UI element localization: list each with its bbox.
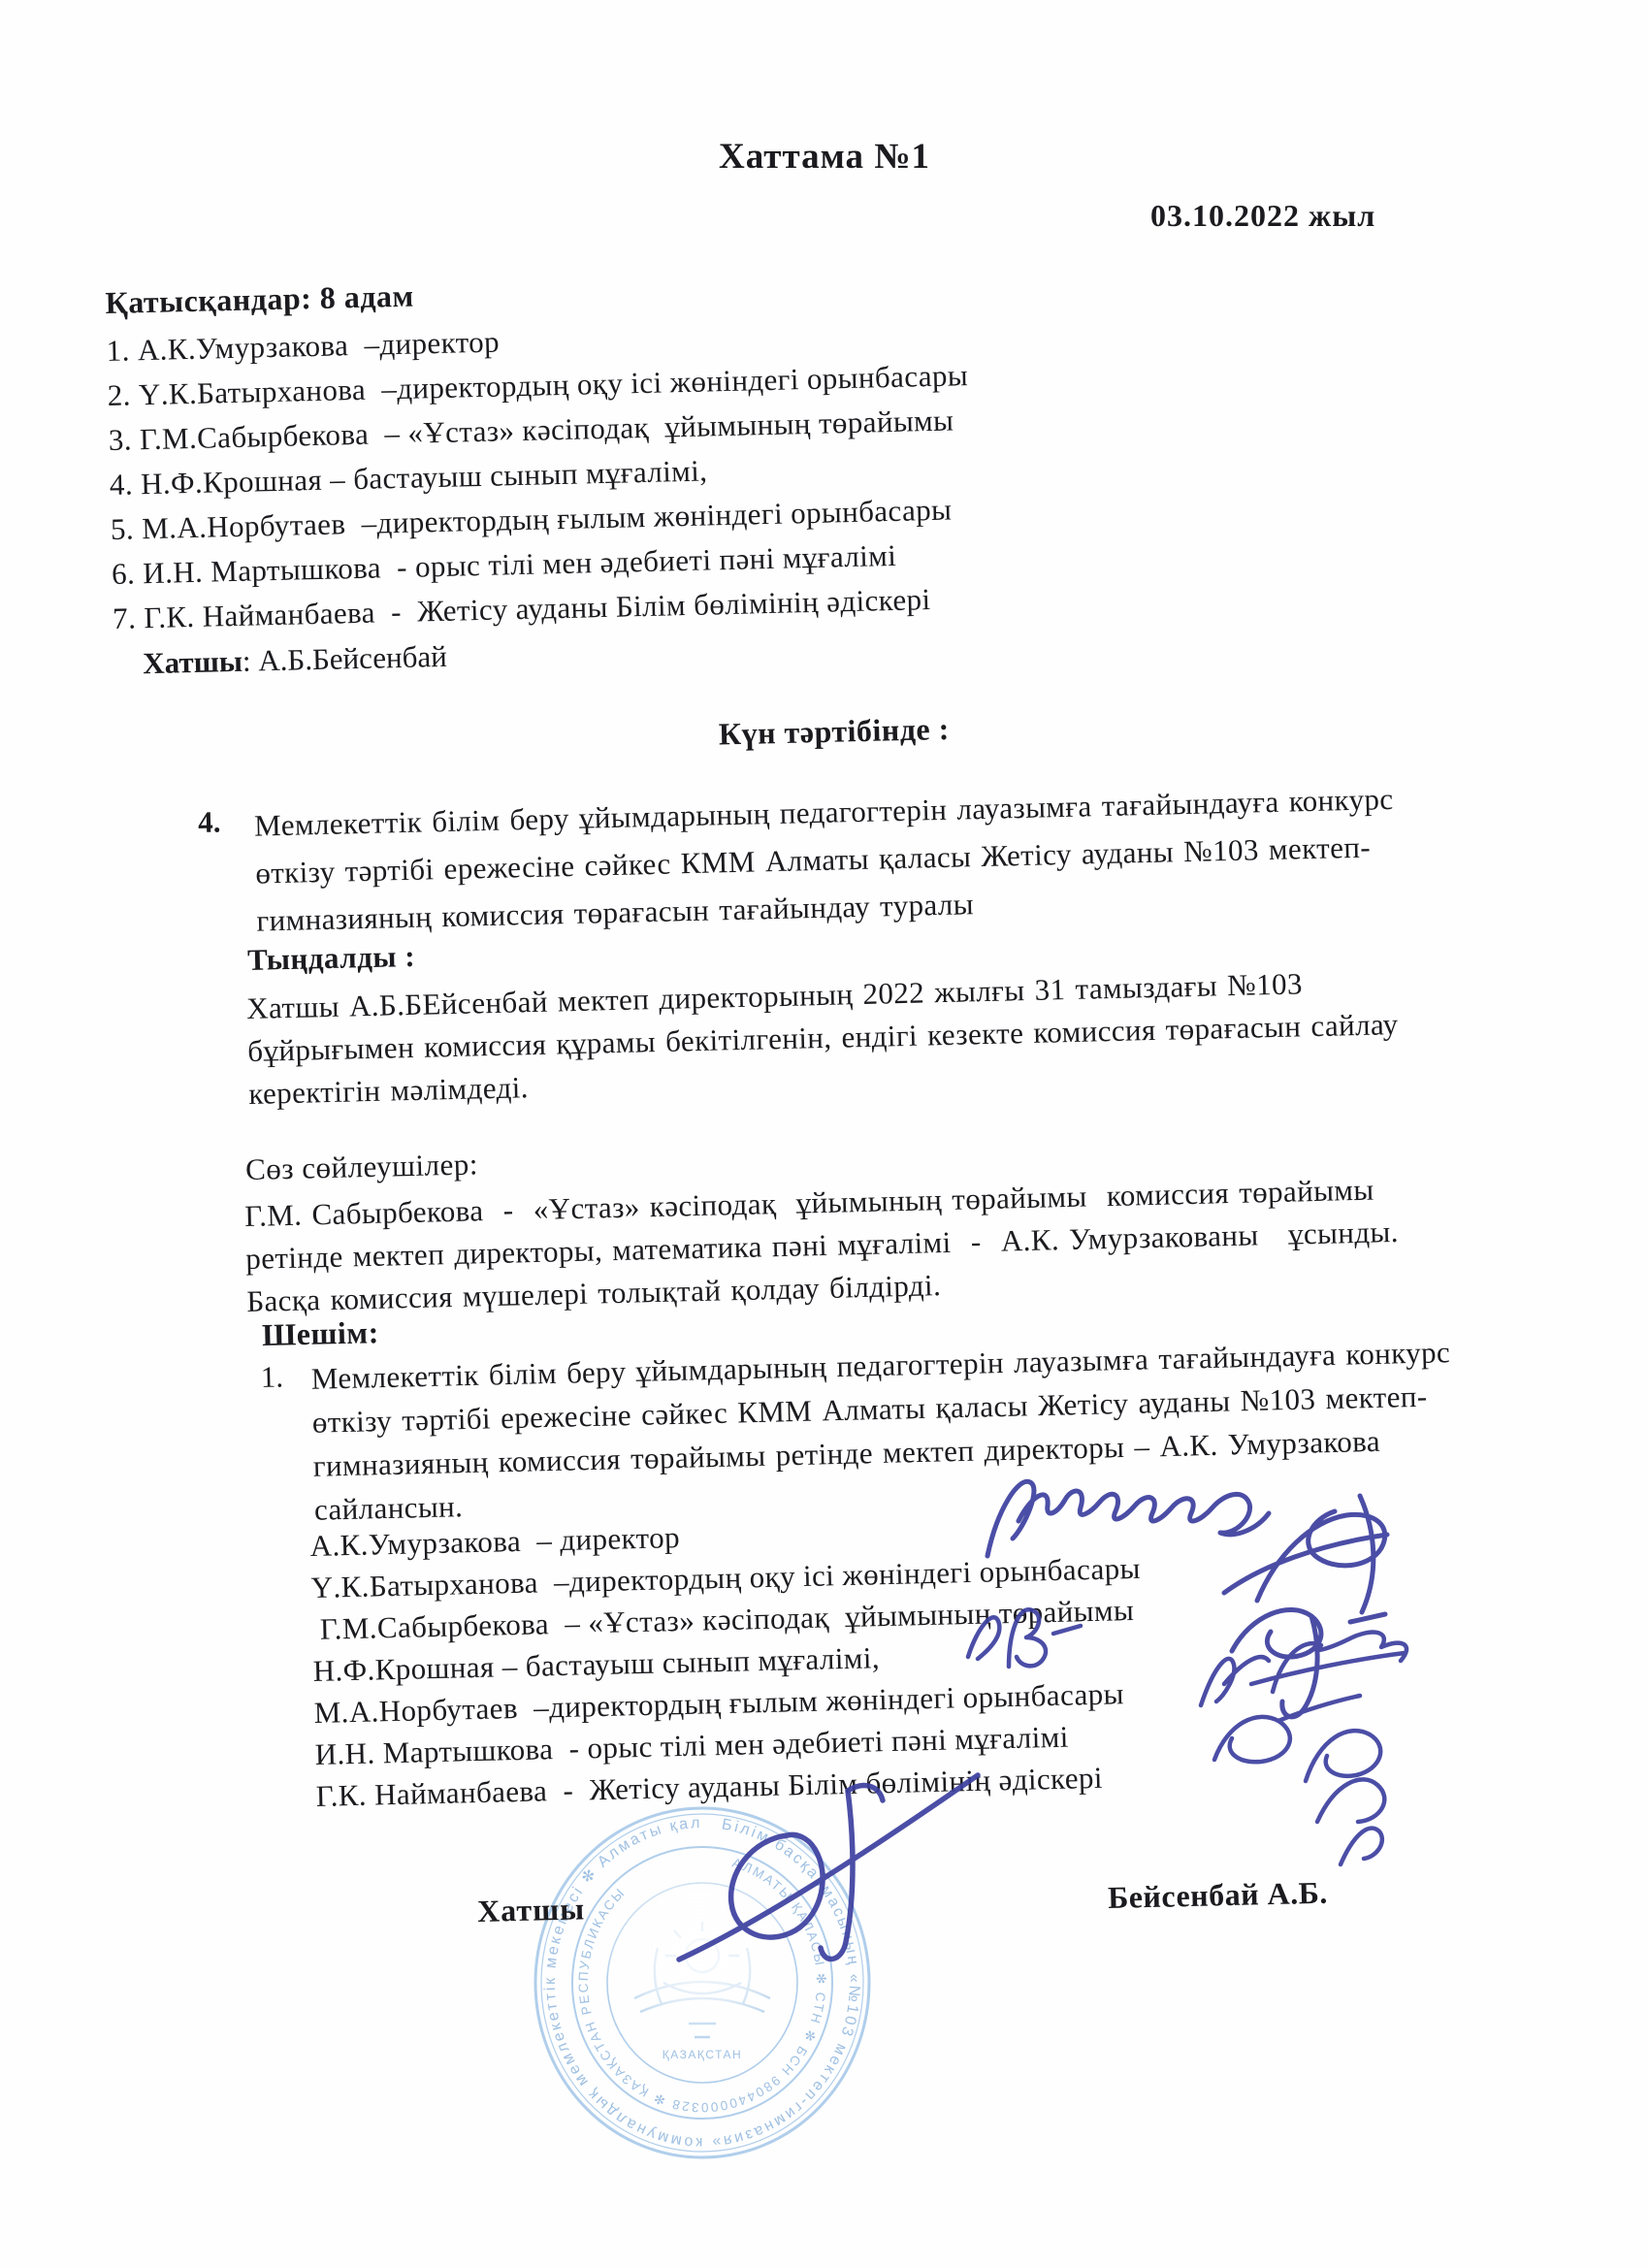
document-title: Хаттама №1: [0, 136, 1649, 178]
secretary-label: Хатшы: [143, 644, 242, 680]
decision-heading: Шешім:: [262, 1314, 380, 1353]
stamp-graphic: Білім басқармасының «№103 мектеп-гимнази…: [518, 1793, 887, 2173]
heard-paragraph: Хатшы А.Б.БЕйсенбай мектеп директорының …: [246, 958, 1491, 1116]
secretary-value: : А.Б.Бейсенбай: [242, 639, 448, 678]
participants-section: Қатысқандар: 8 адам 1. А.К.Умурзакова –д…: [105, 255, 1374, 688]
speakers-paragraph: Г.М. Сабырбекова - «Ұстаз» кәсіподақ ұйы…: [244, 1165, 1508, 1323]
stamp-center-text: ҚАЗАҚСТАН: [663, 2048, 742, 2061]
agenda-item: 4. Мемлекеттік білім беру ұйымдарының пе…: [198, 773, 1462, 946]
scanned-document-page: Хаттама №1 03.10.2022 жыл Қатысқандар: 8…: [0, 0, 1649, 2268]
heard-heading: Тыңдалды :: [247, 939, 416, 978]
signing-secretary-label: Хатшы: [477, 1891, 586, 1929]
agenda-item-number: 4.: [198, 804, 221, 840]
decision-names-list: А.К.Умурзакова – директор Ү.К.Батырханов…: [309, 1498, 1480, 1817]
document-date: 03.10.2022 жыл: [1150, 198, 1375, 234]
official-round-stamp: Білім басқармасының «№103 мектеп-гимнази…: [518, 1793, 887, 2173]
decision-item-number: 1.: [260, 1359, 283, 1395]
agenda-item-text: Мемлекеттік білім беру ұйымдарының педаг…: [254, 773, 1462, 944]
agenda-heading: Күн тәртібінде :: [0, 694, 1649, 769]
signing-secretary-name: Бейсенбай А.Б.: [1108, 1875, 1329, 1916]
speakers-heading: Сөз сөйлеушілер:: [245, 1147, 479, 1187]
